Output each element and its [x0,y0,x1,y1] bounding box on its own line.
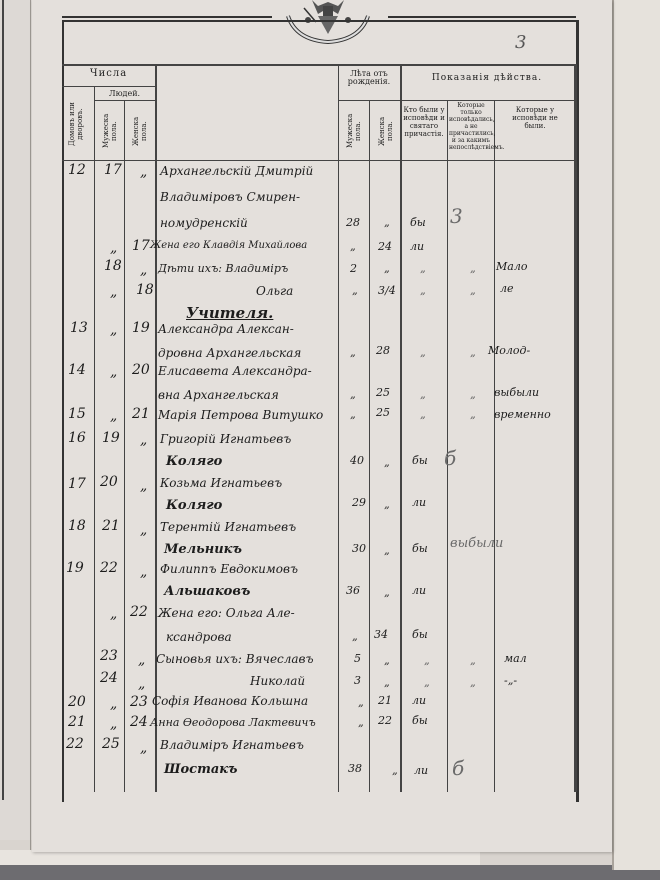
header-lyudey: Людей. [94,90,155,98]
age-male: 29 [352,496,366,509]
age-male: 40 [350,454,364,467]
pencil-note: б [444,446,456,470]
male-number: „ [110,284,117,300]
age-female: „ [384,498,390,511]
confession-mark: ли [412,496,426,509]
female-number: 21 [132,406,150,422]
age-male: „ [350,388,356,401]
house-number: 18 [68,518,86,534]
person-name: Сыновья ихъ: Вячеславъ [156,652,314,666]
house-number: 14 [68,362,86,378]
male-number: 23 [100,648,118,664]
confession-mark: бы [412,628,428,641]
age-male: „ [352,630,358,643]
male-number: „ [110,408,117,424]
confession-mark: „ [420,262,426,275]
male-number: 24 [100,670,118,686]
absent-reason: выбыли [494,386,539,399]
male-number: 20 [100,474,118,490]
person-name: Софія Иванова Кольшна [152,694,308,708]
person-surname: Шостакъ [164,762,238,777]
male-number: 22 [100,560,118,576]
confession-mark: „ [420,346,426,359]
female-number: 23 [130,694,148,710]
female-number: 20 [132,362,150,378]
male-number: 17 [104,162,122,178]
house-number: 17 [68,476,86,492]
person-name: Архангельскій Дмитрій [160,164,313,178]
person-name-cont: ксандрова [166,630,232,644]
header-confession: Кто были у исповѣди и святаго причастія. [402,106,446,138]
header-chisla: Числа [62,70,155,78]
female-number: 22 [130,604,148,620]
header-female-count: Женска пола. [132,106,146,156]
confession-mark: „ [420,284,426,297]
house-number: 19 [66,560,84,576]
header-age-male: Мужеска пола. [346,106,360,156]
age-male: „ [358,716,364,729]
person-surname: Коляго [166,498,222,513]
person-name-cont: Владиміровъ Смирен- [160,190,300,204]
right-page-stack [612,0,660,870]
absent-reason: Молод- [488,344,530,357]
age-female: „ [384,216,390,229]
confession-mark: бы [412,714,428,727]
house-number: 13 [70,320,88,336]
male-number: „ [110,716,117,732]
male-number: 21 [102,518,120,534]
person-name: Анна Өеодорова Лактевичъ [150,716,316,729]
age-male: „ [350,408,356,421]
age-female: 25 [376,406,390,419]
pencil-note: 3 [450,204,463,228]
female-number: 18 [136,282,154,298]
pencil-note: выбыли [450,536,503,551]
age-female: 25 [376,386,390,399]
male-number: „ [110,606,117,622]
female-number: 17 [132,238,150,254]
male-number: „ [110,322,117,338]
header-rule-left [62,16,272,18]
confession-mark: „ [424,654,430,667]
confession-mark: ли [412,584,426,597]
confession-mark: ли [414,764,428,777]
not-communicated-mark: „ [470,346,476,359]
section-heading-teachers: Учителя. [186,304,273,322]
confession-mark: бы [412,542,428,555]
house-number: 20 [68,694,86,710]
age-female: „ [384,676,390,689]
person-name-cont: вна Архангельская [158,388,279,402]
table-surface [0,865,660,880]
male-number: 19 [102,430,120,446]
female-number: „ [138,652,145,668]
age-male: 38 [348,762,362,775]
person-surname: Мельникъ [164,542,242,557]
person-name: Терентій Игнатьевъ [160,520,296,534]
age-male: „ [352,284,358,297]
female-number: „ [140,478,147,494]
absent-reason: -„- [504,674,517,687]
person-name: Филиппъ Евдокимовъ [160,562,298,576]
house-number: 22 [66,736,84,752]
person-surname: Коляго [166,454,222,469]
age-female: 28 [376,344,390,357]
person-name: Николай [250,674,305,688]
age-male: 36 [346,584,360,597]
age-female: „ [384,456,390,469]
confession-mark: ли [410,240,424,253]
absent-reason: ле [500,282,514,295]
person-surname: Альшаковъ [164,584,250,599]
age-female: 21 [378,694,392,707]
absent-reason: временно [494,408,551,421]
age-female: „ [384,586,390,599]
age-female: „ [384,654,390,667]
female-number: „ [140,740,147,756]
person-name: Жена его: Ольга Але- [158,606,295,620]
female-number: „ [140,164,147,180]
not-communicated-mark: „ [470,676,476,689]
house-number: 21 [68,714,86,730]
age-male: 28 [346,216,360,229]
person-name-cont: номудренскій [160,216,248,230]
house-number: 12 [68,162,86,178]
header-absent: Которые у исповѣди не были. [498,106,572,130]
confession-mark: „ [420,408,426,421]
house-number: 15 [68,406,86,422]
age-male: „ [350,346,356,359]
not-communicated-mark: „ [470,408,476,421]
absent-reason: мал [504,652,527,665]
house-number: 16 [68,430,86,446]
not-communicated-mark: „ [470,388,476,401]
age-female: 34 [374,628,388,641]
age-female: 24 [378,240,392,253]
age-male: 2 [350,262,357,275]
person-name: Дѣти ихъ: Владиміръ [158,262,288,275]
header-not-communicated: Которые только исповѣдались, а не причас… [449,102,493,151]
male-number: „ [110,364,117,380]
person-name: Жена его Клавдія Михайлова [150,240,307,251]
confession-mark: бы [412,454,428,467]
female-number: 19 [132,320,150,336]
not-communicated-mark: „ [470,284,476,297]
age-female: „ [392,764,398,777]
absent-reason: Мало [496,260,527,273]
person-name: Козьма Игнатьевъ [160,476,282,490]
age-female: „ [384,544,390,557]
female-number: „ [138,676,145,692]
male-number: 18 [104,258,122,274]
pencil-note: б [452,756,464,780]
header-rule-right [388,16,576,18]
header-age: Лѣта отъ рожденія. [338,70,400,86]
header-houses: Домовъ или дворовъ. [68,94,88,154]
age-female: 3/4 [378,284,396,297]
person-name: Александра Алексан- [158,322,294,336]
age-male: 5 [354,652,361,665]
confession-mark: „ [424,676,430,689]
age-female: „ [384,262,390,275]
not-communicated-mark: „ [470,262,476,275]
person-name: Григорій Игнатьевъ [160,432,291,446]
age-male: 30 [352,542,366,555]
age-male: „ [358,696,364,709]
person-name: Марія Петрова Витушко [158,408,323,422]
not-communicated-mark: „ [470,654,476,667]
age-male: „ [350,240,356,253]
female-number: „ [140,432,147,448]
header-age-female: Женска пола. [378,106,392,156]
header-male-count: Мужеска пола. [102,106,116,156]
person-name: Ольга [256,284,293,298]
age-male: 3 [354,674,361,687]
female-number: 24 [130,714,148,730]
confession-mark: бы [410,216,426,229]
age-female: 22 [378,714,392,727]
female-number: „ [140,522,147,538]
header-evidence: Показанія дѣйства. [400,74,574,82]
person-name: Елисавета Александра- [158,364,312,378]
confession-mark: „ [420,388,426,401]
female-number: „ [140,262,147,278]
confession-mark: ли [412,694,426,707]
person-name: Владиміръ Игнатьевъ [160,738,304,752]
male-number: „ [110,240,117,256]
male-number: „ [110,696,117,712]
male-number: 25 [102,736,120,752]
female-number: „ [140,564,147,580]
person-name-cont: дровна Архангельская [158,346,301,360]
